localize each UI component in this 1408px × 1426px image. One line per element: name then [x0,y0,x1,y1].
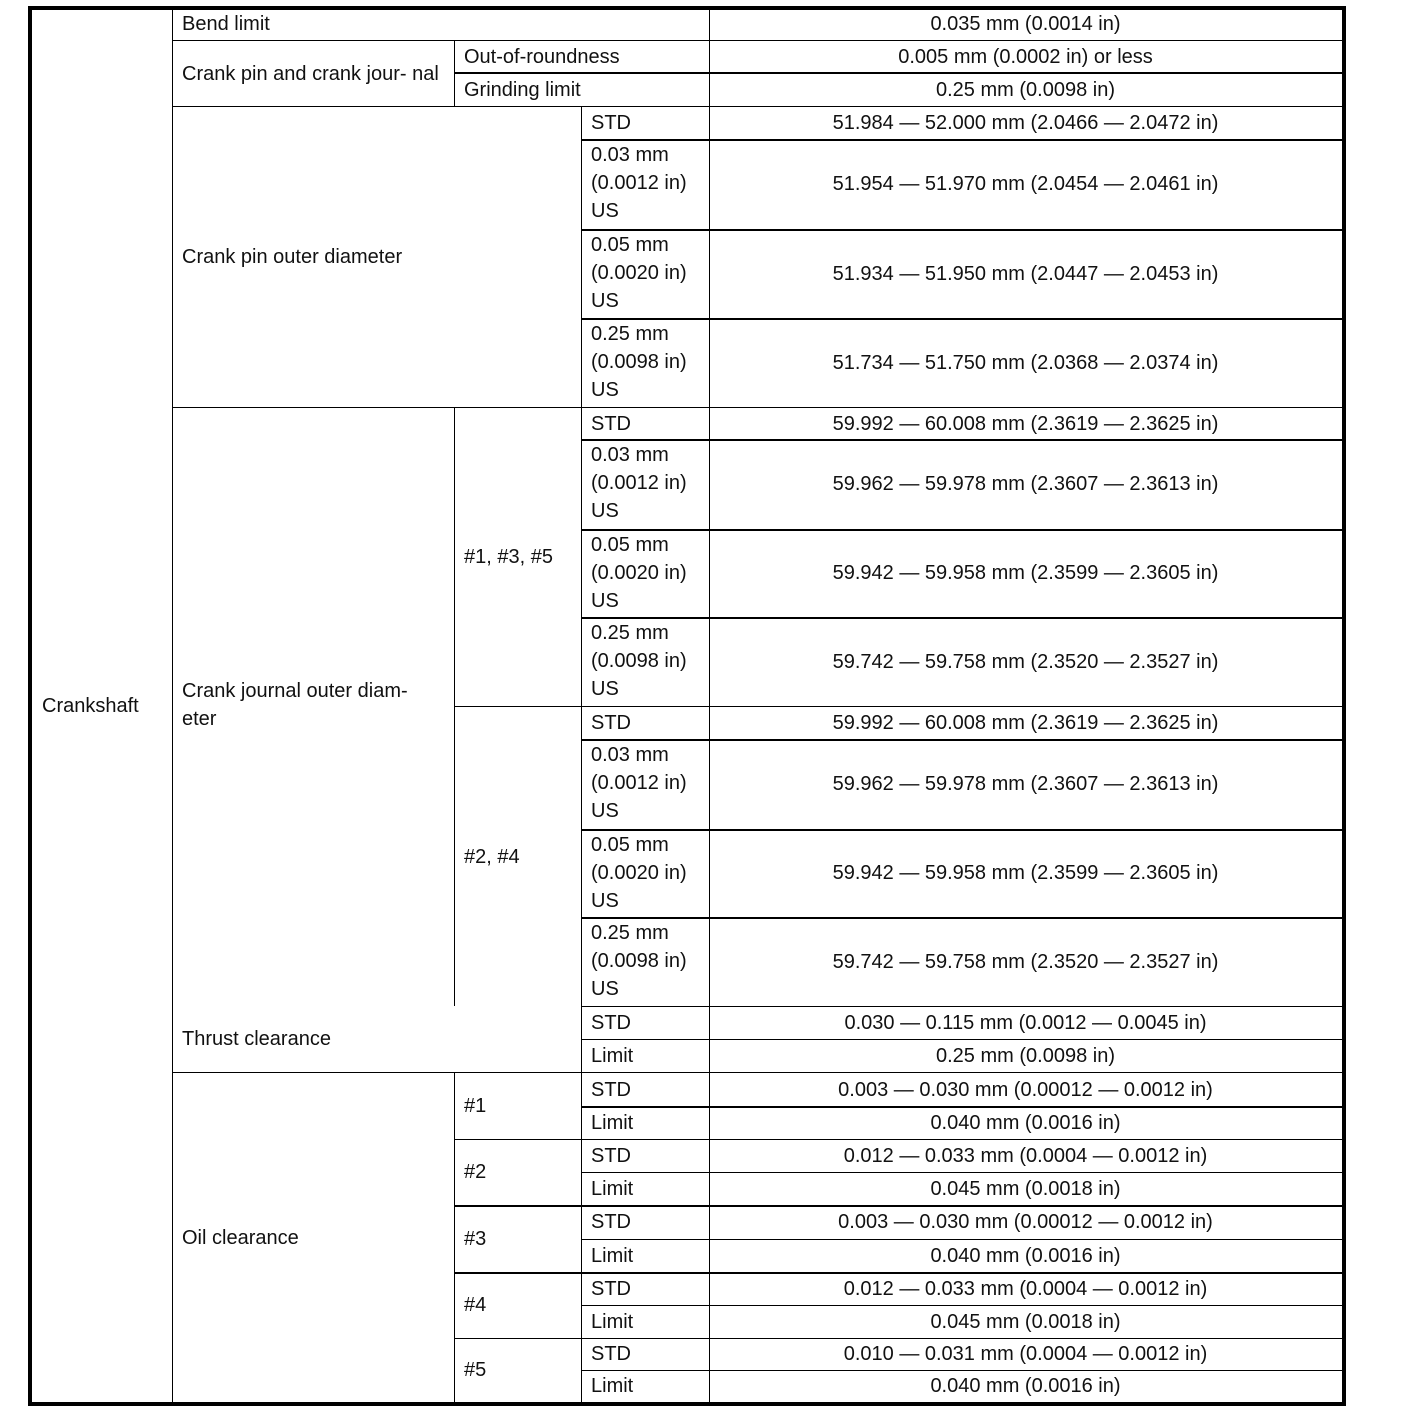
size-label: Limit [581,1305,709,1338]
spec-value: 0.045 mm (0.0018 in) [709,1172,1342,1205]
journal-group-label: #1, #3, #5 [454,408,581,706]
spec-value: 51.954 — 51.970 mm (2.0454 — 2.0461 in) [709,139,1342,229]
size-label: 0.25 mm (0.0098 in) US [581,617,709,706]
oil-journal-label: #3 [454,1205,581,1272]
oil-journal-label: #4 [454,1272,581,1338]
oil-journal-label: #1 [454,1073,581,1139]
crank-pin-od-label: Crank pin outer diameter [172,107,581,407]
size-label: 0.25 mm (0.0098 in) US [581,318,709,407]
spec-value: 59.942 — 59.958 mm (2.3599 — 2.3605 in) [709,829,1342,917]
spec-value: 0.25 mm (0.0098 in) [709,1040,1342,1072]
spec-value: 59.742 — 59.758 mm (2.3520 — 2.3527 in) [709,917,1342,1006]
size-label: STD [581,1139,709,1172]
spec-value: 0.040 mm (0.0016 in) [709,1370,1342,1402]
spec-value: 59.992 — 60.008 mm (2.3619 — 2.3625 in) [709,707,1342,739]
size-label: STD [581,707,709,739]
oil-clearance-label: Oil clearance [172,1073,454,1402]
size-label: 0.05 mm (0.0020 in) US [581,229,709,318]
size-label: 0.03 mm (0.0012 in) US [581,139,709,229]
size-label: STD [581,1007,709,1039]
spec-value: 51.934 — 51.950 mm (2.0447 — 2.0453 in) [709,229,1342,318]
spec-value: 0.040 mm (0.0016 in) [709,1106,1342,1139]
spec-value: 0.003 — 0.030 mm (0.00012 — 0.0012 in) [709,1205,1342,1239]
crank-journal-od-label: Crank journal outer diam- eter [172,640,454,770]
column-divider [454,40,455,106]
size-label: Limit [581,1370,709,1402]
spec-value: 0.045 mm (0.0018 in) [709,1305,1342,1338]
out-of-roundness-value: 0.005 mm (0.0002 in) or less [709,41,1342,72]
spec-value: 51.984 — 52.000 mm (2.0466 — 2.0472 in) [709,107,1342,139]
size-label: Limit [581,1040,709,1072]
size-label: STD [581,1338,709,1370]
spec-value: 59.942 — 59.958 mm (2.3599 — 2.3605 in) [709,529,1342,617]
column-divider [454,407,455,1006]
size-label: 0.25 mm (0.0098 in) US [581,917,709,1006]
thrust-clearance-label: Thrust clearance [172,1006,581,1072]
size-label: 0.03 mm (0.0012 in) US [581,439,709,529]
oil-journal-label: #5 [454,1338,581,1402]
spec-value: 0.012 — 0.033 mm (0.0004 — 0.0012 in) [709,1139,1342,1172]
spec-value: 0.003 — 0.030 mm (0.00012 — 0.0012 in) [709,1073,1342,1106]
size-label: STD [581,1272,709,1305]
component-label: Crankshaft [32,10,172,1402]
out-of-roundness-label: Out-of-roundness [454,41,709,72]
size-label: STD [581,1205,709,1239]
grinding-limit-label: Grinding limit [454,74,709,106]
spec-value: 59.962 — 59.978 mm (2.3607 — 2.3613 in) [709,739,1342,829]
size-label: 0.05 mm (0.0020 in) US [581,829,709,917]
spec-value: 0.040 mm (0.0016 in) [709,1239,1342,1272]
spec-value: 59.992 — 60.008 mm (2.3619 — 2.3625 in) [709,408,1342,439]
crankshaft-spec-table: CrankshaftBend limit0.035 mm (0.0014 in)… [0,0,1408,1426]
grinding-limit-value: 0.25 mm (0.0098 in) [709,74,1342,106]
spec-value: 59.742 — 59.758 mm (2.3520 — 2.3527 in) [709,617,1342,706]
spec-value: 0.012 — 0.033 mm (0.0004 — 0.0012 in) [709,1272,1342,1305]
spec-value: 0.010 — 0.031 mm (0.0004 — 0.0012 in) [709,1338,1342,1370]
spec-value: 51.734 — 51.750 mm (2.0368 — 2.0374 in) [709,318,1342,407]
size-label: Limit [581,1172,709,1205]
size-label: 0.03 mm (0.0012 in) US [581,739,709,829]
size-label: STD [581,408,709,439]
spec-value: 0.030 — 0.115 mm (0.0012 — 0.0045 in) [709,1007,1342,1039]
size-label: 0.05 mm (0.0020 in) US [581,529,709,617]
pin-journal-label: Crank pin and crank jour- nal [172,42,454,106]
size-label: Limit [581,1106,709,1139]
size-label: Limit [581,1239,709,1272]
size-label: STD [581,1073,709,1106]
journal-group-label: #2, #4 [454,707,581,1006]
size-label: STD [581,107,709,139]
oil-journal-label: #2 [454,1139,581,1205]
bend-limit-label: Bend limit [172,8,709,40]
spec-value: 59.962 — 59.978 mm (2.3607 — 2.3613 in) [709,439,1342,529]
bend-limit-value: 0.035 mm (0.0014 in) [709,8,1342,40]
